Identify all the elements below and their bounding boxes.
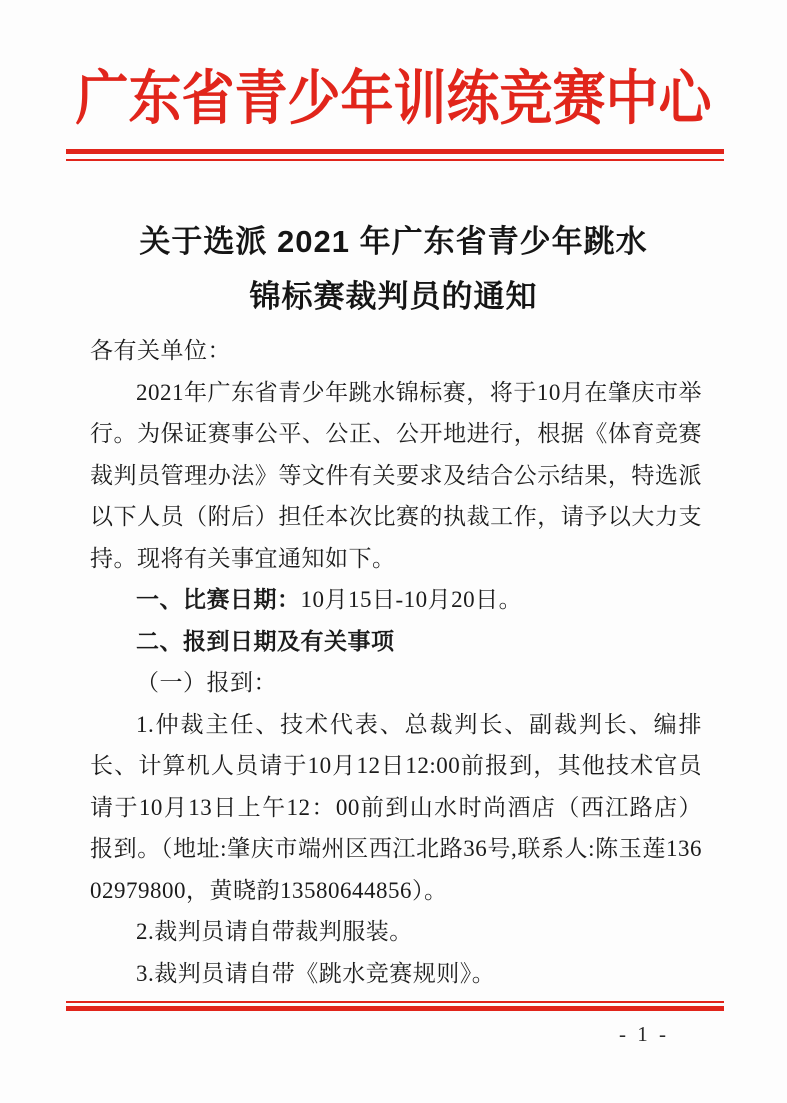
document-body: 各有关单位： 2021年广东省青少年跳水锦标赛，将于10月在肇庆市举行。为保证赛… xyxy=(90,330,702,994)
paragraph-intro: 2021年广东省青少年跳水锦标赛，将于10月在肇庆市举行。为保证赛事公平、公正、… xyxy=(90,372,702,580)
letterhead-org-name: 广东省青少年训练竞赛中心 xyxy=(0,66,787,133)
paragraph-segment-bold: 一、比赛日期： xyxy=(136,586,301,612)
paragraph-segment: 2.裁判员请自带裁判服装。 xyxy=(136,919,413,944)
paragraph-registration-heading: 二、报到日期及有关事项 xyxy=(90,621,702,663)
document-page: 广东省青少年训练竞赛中心 关于选派 2021 年广东省青少年跳水 锦标赛裁判员的… xyxy=(0,0,787,1103)
paragraph-rules: 3.裁判员请自带《跳水竞赛规则》。 xyxy=(90,953,702,995)
paragraph-uniform: 2.裁判员请自带裁判服装。 xyxy=(90,911,702,953)
salutation: 各有关单位： xyxy=(90,330,702,372)
letterhead-rule-thin xyxy=(66,159,724,161)
document-title-line-1: 关于选派 2021 年广东省青少年跳水 xyxy=(0,214,787,269)
letterhead-double-rule xyxy=(66,149,724,161)
paragraph-segment: 10月15日-10月20日。 xyxy=(301,587,523,612)
paragraph-segment: 3.裁判员请自带《跳水竞赛规则》。 xyxy=(136,961,495,986)
paragraph-segment: （一）报到： xyxy=(136,670,277,695)
paragraph-checkin-label: （一）报到： xyxy=(90,662,702,704)
paragraph-segment-bold: 二、报到日期及有关事项 xyxy=(136,628,395,654)
document-title: 关于选派 2021 年广东省青少年跳水 锦标赛裁判员的通知 xyxy=(0,214,787,324)
paragraph-segment: 1.仲裁主任、技术代表、总裁判长、副裁判长、编排长、计算机人员请于10月12日1… xyxy=(90,712,702,903)
document-title-line-2: 锦标赛裁判员的通知 xyxy=(0,269,787,324)
footer-rule-thick xyxy=(66,1006,724,1011)
paragraph-competition-date: 一、比赛日期：10月15日-10月20日。 xyxy=(90,579,702,621)
paragraph-checkin-details: 1.仲裁主任、技术代表、总裁判长、副裁判长、编排长、计算机人员请于10月12日1… xyxy=(90,704,702,912)
page-number: - 1 - xyxy=(619,1022,669,1047)
body-paragraphs: 2021年广东省青少年跳水锦标赛，将于10月在肇庆市举行。为保证赛事公平、公正、… xyxy=(90,372,702,995)
footer-double-rule xyxy=(66,1001,724,1011)
paragraph-segment: 2021年广东省青少年跳水锦标赛，将于10月在肇庆市举行。为保证赛事公平、公正、… xyxy=(90,380,702,571)
